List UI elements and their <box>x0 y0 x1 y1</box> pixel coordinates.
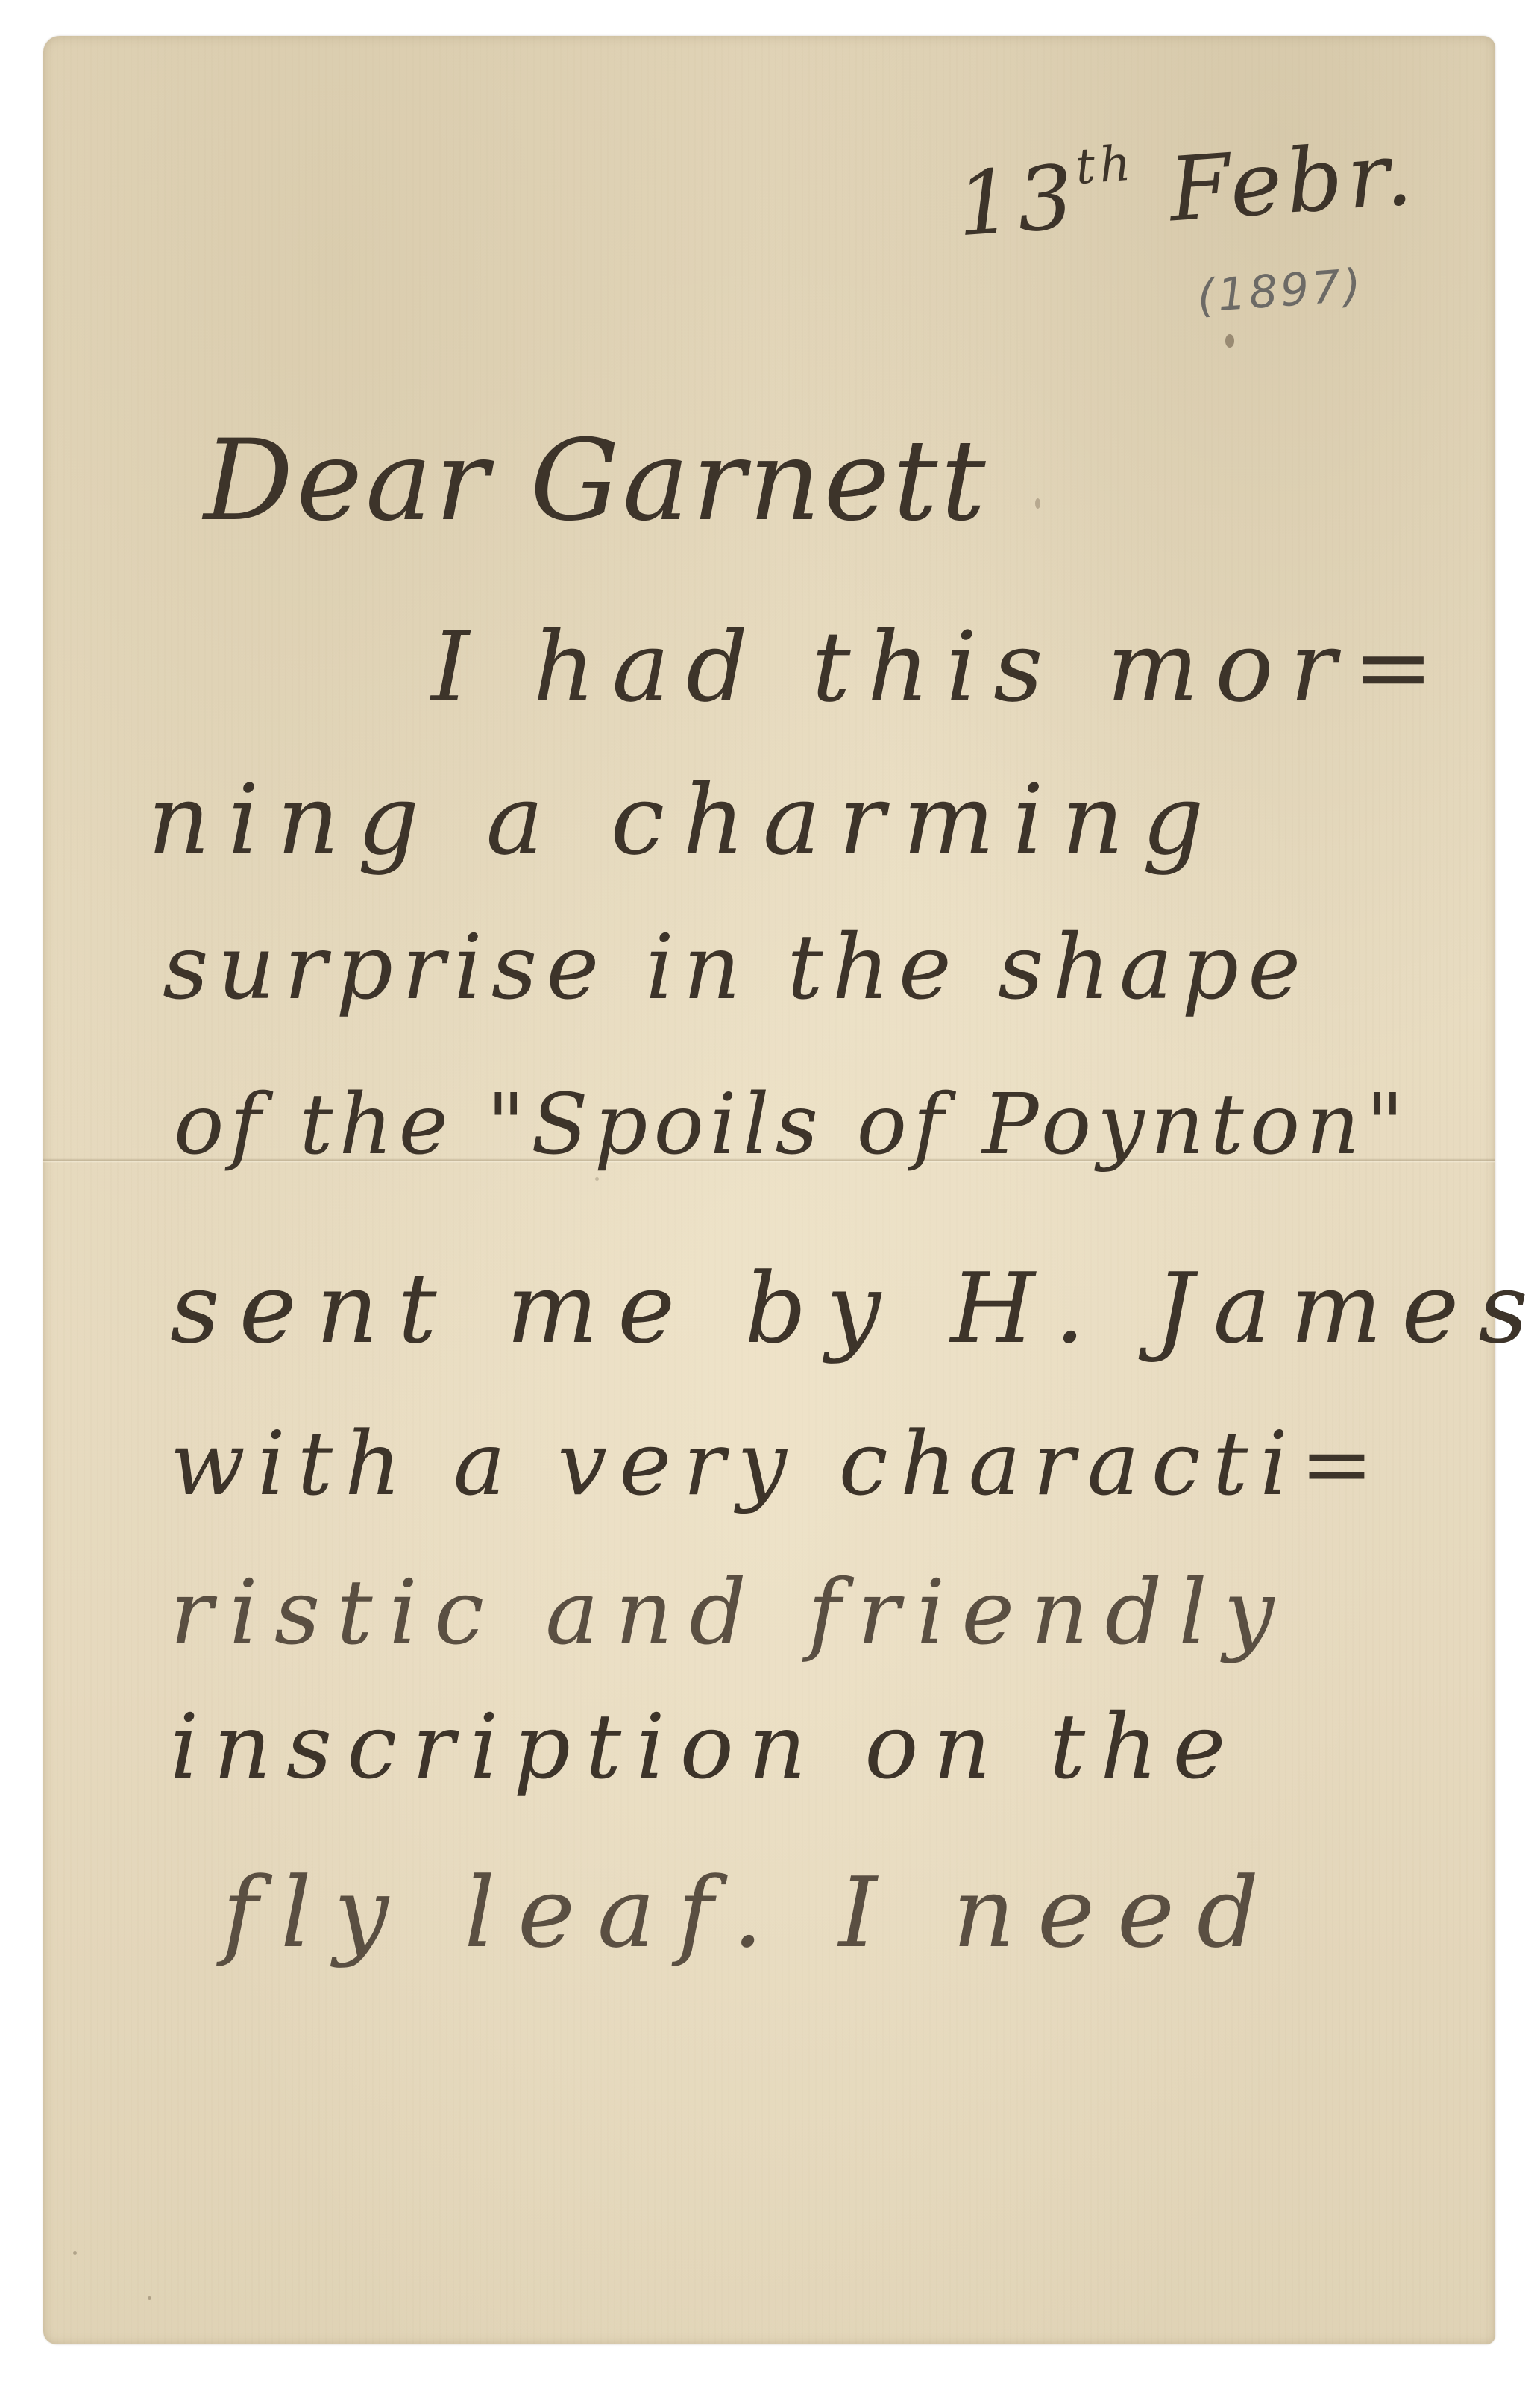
body-line: surprise in the shape <box>163 916 1310 1020</box>
body-line: of the "Spoils of Poynton" <box>174 1076 1410 1173</box>
body-line: ristic and friendly <box>170 1561 1291 1665</box>
body-line: fly leaf. I need <box>222 1856 1281 1969</box>
ink-spot <box>1035 498 1040 509</box>
date-month: Febr. <box>1166 122 1420 242</box>
year-annotation: (1897) <box>1195 260 1365 323</box>
date-day-suffix: th <box>1074 135 1137 195</box>
salutation: Dear Garnett <box>204 416 989 546</box>
ink-spot <box>1225 334 1234 348</box>
body-line: sent me by H. James <box>170 1252 1540 1365</box>
body-line: I had this mor= <box>431 610 1451 724</box>
body-line: with a very characti= <box>170 1412 1386 1515</box>
body-line: ning a charming <box>148 763 1222 876</box>
body-line: inscription on the <box>170 1696 1241 1799</box>
ink-spot <box>73 2251 77 2255</box>
ink-spot <box>595 1177 599 1181</box>
letter-date: 13th Febr. <box>953 116 1420 256</box>
ink-spot <box>148 2296 151 2300</box>
letter-sheet: 13th Febr. (1897) Dear Garnett I had thi… <box>43 36 1495 2344</box>
date-day: 13 <box>953 145 1081 256</box>
